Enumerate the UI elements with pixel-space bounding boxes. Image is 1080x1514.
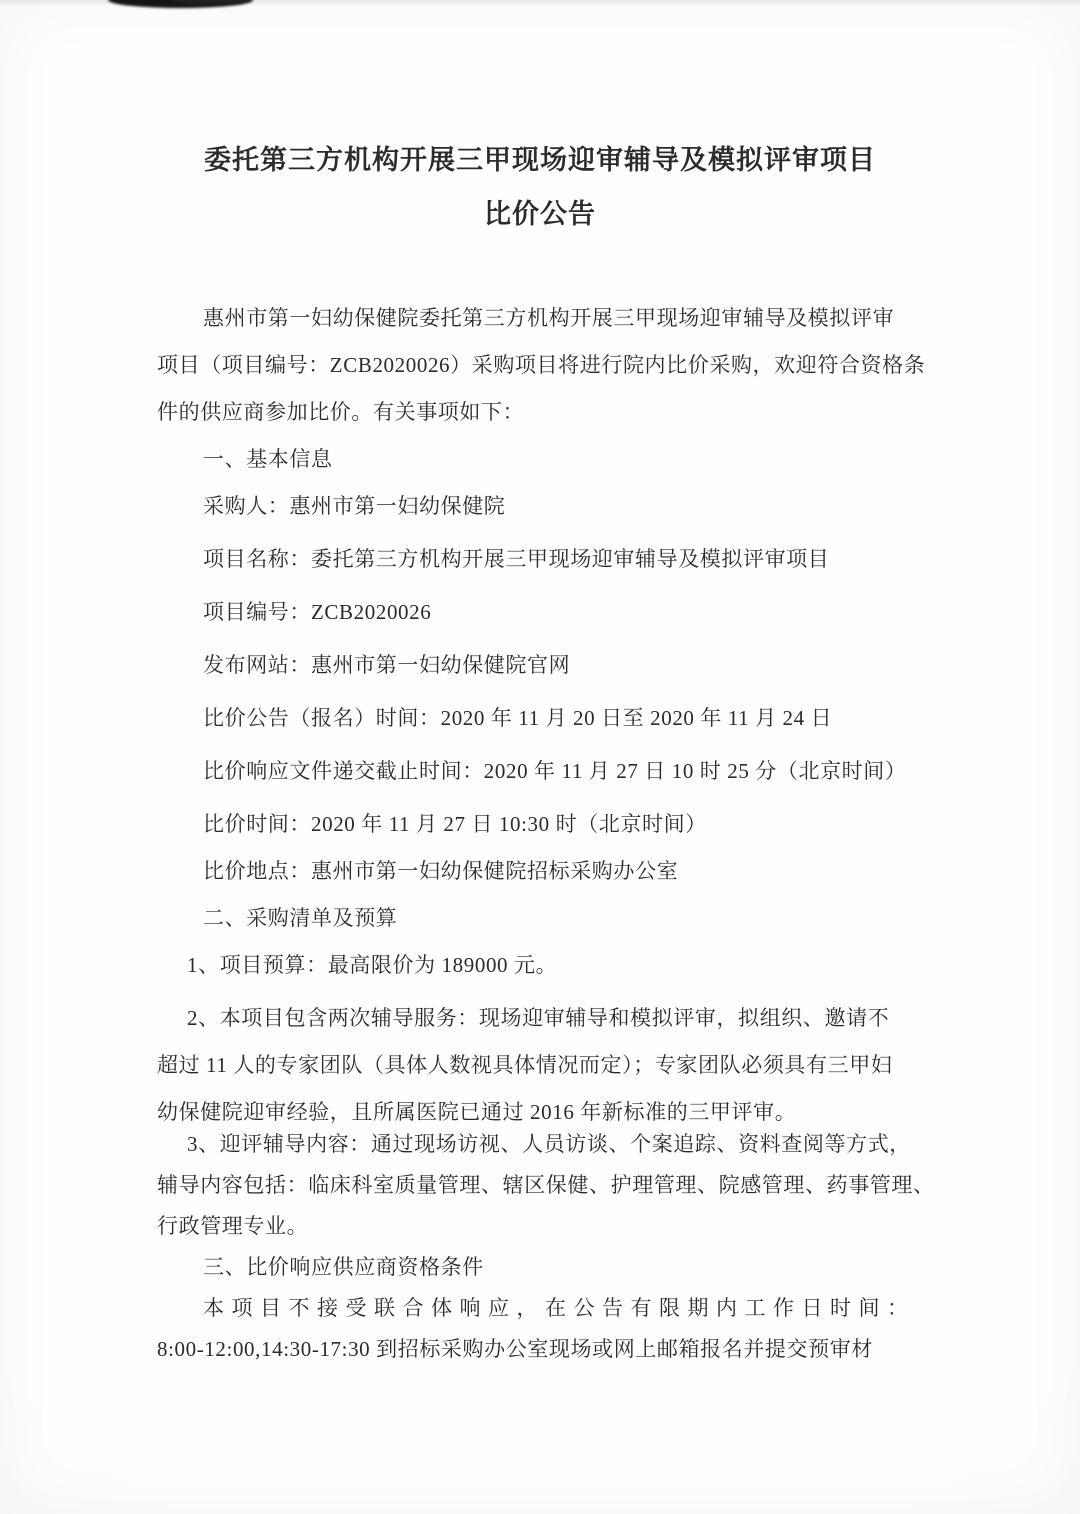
item-budget: 1、项目预算：最高限价为 189000 元。 bbox=[157, 942, 933, 989]
field-comparison-location: 比价地点：惠州市第一妇幼保健院招标采购办公室 bbox=[157, 848, 933, 895]
item-services-line-1: 2、本项目包含两次辅导服务：现场迎审辅导和模拟评审，拟组织、邀请不 bbox=[157, 995, 933, 1042]
intro-line-2: 项目（项目编号：ZCB2020026）采购项目将进行院内比价采购，欢迎符合资格条 bbox=[157, 342, 933, 389]
field-publish-site: 发布网站：惠州市第一妇幼保健院官网 bbox=[157, 642, 933, 689]
qualification-line-1: 本项目不接受联合体响应，在公告有限期内工作日时间： bbox=[157, 1285, 933, 1332]
document-title-block: 委托第三方机构开展三甲现场迎审辅导及模拟评审项目 比价公告 bbox=[0, 140, 1080, 234]
section-3-heading: 三、比价响应供应商资格条件 bbox=[157, 1244, 933, 1291]
section-1-heading: 一、基本信息 bbox=[157, 436, 933, 483]
document-body: 惠州市第一妇幼保健院委托第三方机构开展三甲现场迎审辅导及模拟评审 项目（项目编号… bbox=[157, 295, 933, 1373]
qualification-line-2: 8:00-12:00,14:30-17:30 到招标采购办公室现场或网上邮箱报名… bbox=[157, 1326, 933, 1373]
announcement-document: 委托第三方机构开展三甲现场迎审辅导及模拟评审项目 比价公告 惠州市第一妇幼保健院… bbox=[0, 0, 1080, 1514]
document-subtitle: 比价公告 bbox=[0, 194, 1080, 234]
field-announcement-period: 比价公告（报名）时间：2020 年 11 月 20 日至 2020 年 11 月… bbox=[157, 695, 933, 742]
item-content-line-3: 行政管理专业。 bbox=[157, 1203, 933, 1250]
section-2-heading: 二、采购清单及预算 bbox=[157, 895, 933, 942]
item-content-line-2: 辅导内容包括：临床科室质量管理、辖区保健、护理管理、院感管理、药事管理、 bbox=[157, 1162, 933, 1209]
item-services-line-2: 超过 11 人的专家团队（具体人数视具体情况而定）；专家团队必须具有三甲妇 bbox=[157, 1042, 933, 1089]
field-purchaser: 采购人：惠州市第一妇幼保健院 bbox=[157, 483, 933, 530]
intro-line-1: 惠州市第一妇幼保健院委托第三方机构开展三甲现场迎审辅导及模拟评审 bbox=[157, 295, 933, 342]
document-title: 委托第三方机构开展三甲现场迎审辅导及模拟评审项目 bbox=[0, 140, 1080, 180]
intro-line-3: 件的供应商参加比价。有关事项如下： bbox=[157, 389, 933, 436]
scanned-page: 委托第三方机构开展三甲现场迎审辅导及模拟评审项目 比价公告 惠州市第一妇幼保健院… bbox=[0, 0, 1080, 1514]
field-comparison-time: 比价时间：2020 年 11 月 27 日 10:30 时（北京时间） bbox=[157, 801, 933, 848]
item-content-line-1: 3、迎评辅导内容：通过现场访视、人员访谈、个案追踪、资料查阅等方式， bbox=[157, 1121, 933, 1168]
field-project-number: 项目编号：ZCB2020026 bbox=[157, 589, 933, 636]
field-project-name: 项目名称：委托第三方机构开展三甲现场迎审辅导及模拟评审项目 bbox=[157, 536, 933, 583]
field-submission-deadline: 比价响应文件递交截止时间：2020 年 11 月 27 日 10 时 25 分（… bbox=[157, 748, 933, 795]
